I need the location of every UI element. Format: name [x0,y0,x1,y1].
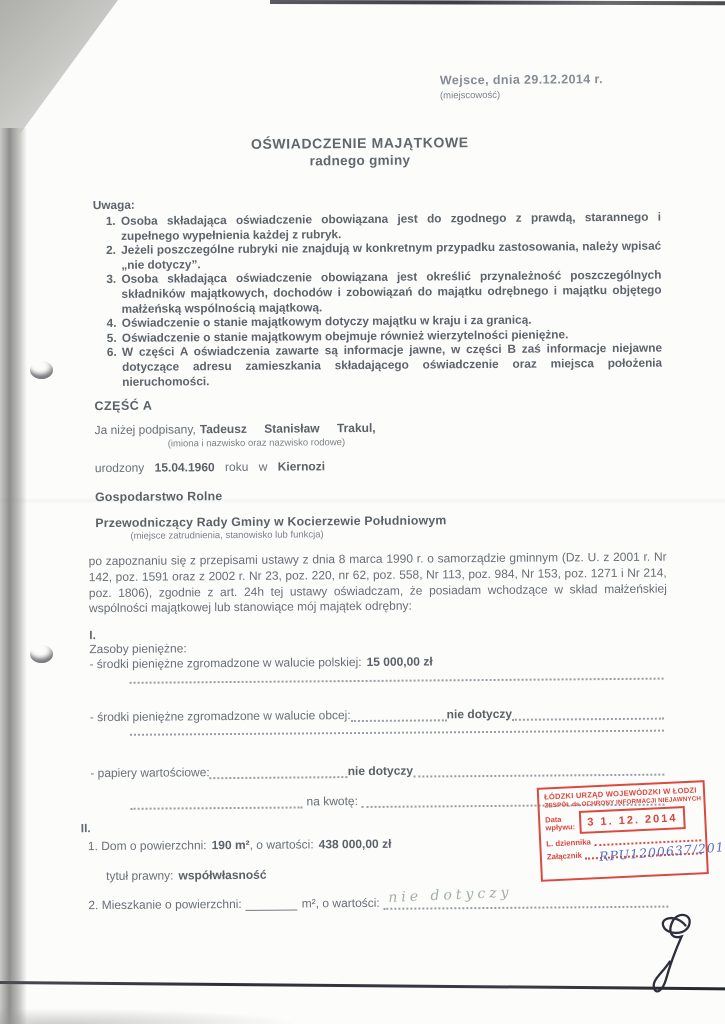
section1-number: I. [89,628,96,642]
employment-note: (miejsce zatrudnienia, stanowisko lub fu… [130,529,323,542]
dot-leader [210,773,348,779]
cash-pln-value: 15 000,00 zł [367,654,433,669]
stamp-date-value: 3 1. 12. 2014 [579,806,686,834]
place-note: (miejscowość) [440,90,500,101]
house-mid: , o wartości: [250,837,314,852]
scan-bottom-smudge [0,1008,300,1024]
securities-row: - papiery wartościowe: nie dotyczy [90,762,664,781]
notice-item: Jeżeli poszczególne rubryki nie znajdują… [119,239,661,272]
dash-fill [246,901,298,911]
securities-value: nie dotyczy [348,764,413,779]
birth-place: Kiernozi [278,459,325,473]
notice-item: Osoba składająca oświadczenie obowiązana… [119,210,661,243]
apartment-row: 2. Mieszkanie o powierzchni: m², o warto… [88,894,668,913]
place-and-date: Wejsce, dnia 29.12.2014 r. [440,72,603,87]
notice-list: Osoba składająca oświadczenie obowiązana… [93,210,662,390]
born-label: urodzony [95,461,144,475]
apartment-label: 2. Mieszkanie o powierzchni: [88,897,242,912]
securities-label: - papiery wartościowe: [90,765,209,780]
house-value: 438 000,00 zł [319,837,392,852]
house-row: 1. Dom o powierzchni: 190 m² , o wartośc… [88,837,392,853]
employment-line2: Przewodniczący Rady Gminy w Kocierzewie … [95,513,446,530]
legal-title-row: tytuł prawny: współwłasność [106,868,266,883]
dot-leader [351,716,447,722]
stamp-journal-label: L. dziennika [546,837,591,848]
cash-pln-row: - środki pieniężne zgromadzone w walucie… [89,654,432,671]
dot-leader [413,771,664,778]
legal-title-label: tytuł prawny: [106,868,173,883]
declarant-line: Ja niżej podpisany,Tadeusz Stanisław Tra… [95,421,376,437]
document-title: OŚWIADCZENIE MAJĄTKOWE radnego gminy [0,132,723,172]
house-label: 1. Dom o powierzchni: [88,838,207,853]
section2-number: II. [81,821,91,835]
office-stamp: ŁÓDZKI URZĄD WOJEWÓDZKI W ŁODZI ZESPÓŁ d… [537,780,709,882]
dot-leader [131,803,303,809]
stamp-attachment-label: Załącznik [547,851,582,862]
house-area: 190 m² [212,838,250,852]
declarant-name-note: (imiona i nazwisko oraz nazwisko rodowe) [168,437,345,449]
declarant-intro: Ja niżej podpisany, [95,422,196,437]
apartment-unit: m², o wartości: [302,896,380,911]
stamp-date-row: Data wpływu: 3 1. 12. 2014 [545,805,701,835]
part-a-heading: CZĘŚĆ A [94,399,152,413]
birth-date: 15.04.1960 [155,460,215,474]
notice-item: Osoba składająca oświadczenie obowiązana… [119,268,661,316]
notice-item: W części A oświadczenia zawarte są infor… [120,341,662,389]
dot-leader [512,715,664,721]
cash-foreign-row: - środki pieniężne zgromadzone w walucie… [90,706,664,725]
amount-label: na kwotę: [306,794,357,808]
dotted-line [130,729,664,736]
employment-line1: Gospodarstwo Rolne [95,489,222,504]
section1-heading: Zasoby pieniężne: [89,641,187,656]
legal-paragraph: po zapoznaniu się z przepisami ustawy z … [89,550,667,618]
stamp-date-label: Data wpływu: [545,815,578,832]
signature-paraph [641,909,706,1006]
cash-foreign-label: - środki pieniężne zgromadzone w walucie… [90,708,351,724]
dotted-line [130,677,664,684]
legal-title-value: współwłasność [178,868,266,883]
scanned-document-page: Wejsce, dnia 29.12.2014 r. (miejscowość)… [0,0,725,1024]
born-mid: roku w [225,460,267,474]
notice-section: Uwaga: Osoba składająca oświadczenie obo… [93,194,662,390]
cash-foreign-value: nie dotyczy [447,707,512,722]
cash-pln-label: - środki pieniężne zgromadzone w walucie… [89,655,361,671]
declarant-name: Tadeusz Stanisław Trakul, [200,421,376,436]
birth-line: urodzony 15.04.1960 roku w Kiernozi [95,459,325,475]
